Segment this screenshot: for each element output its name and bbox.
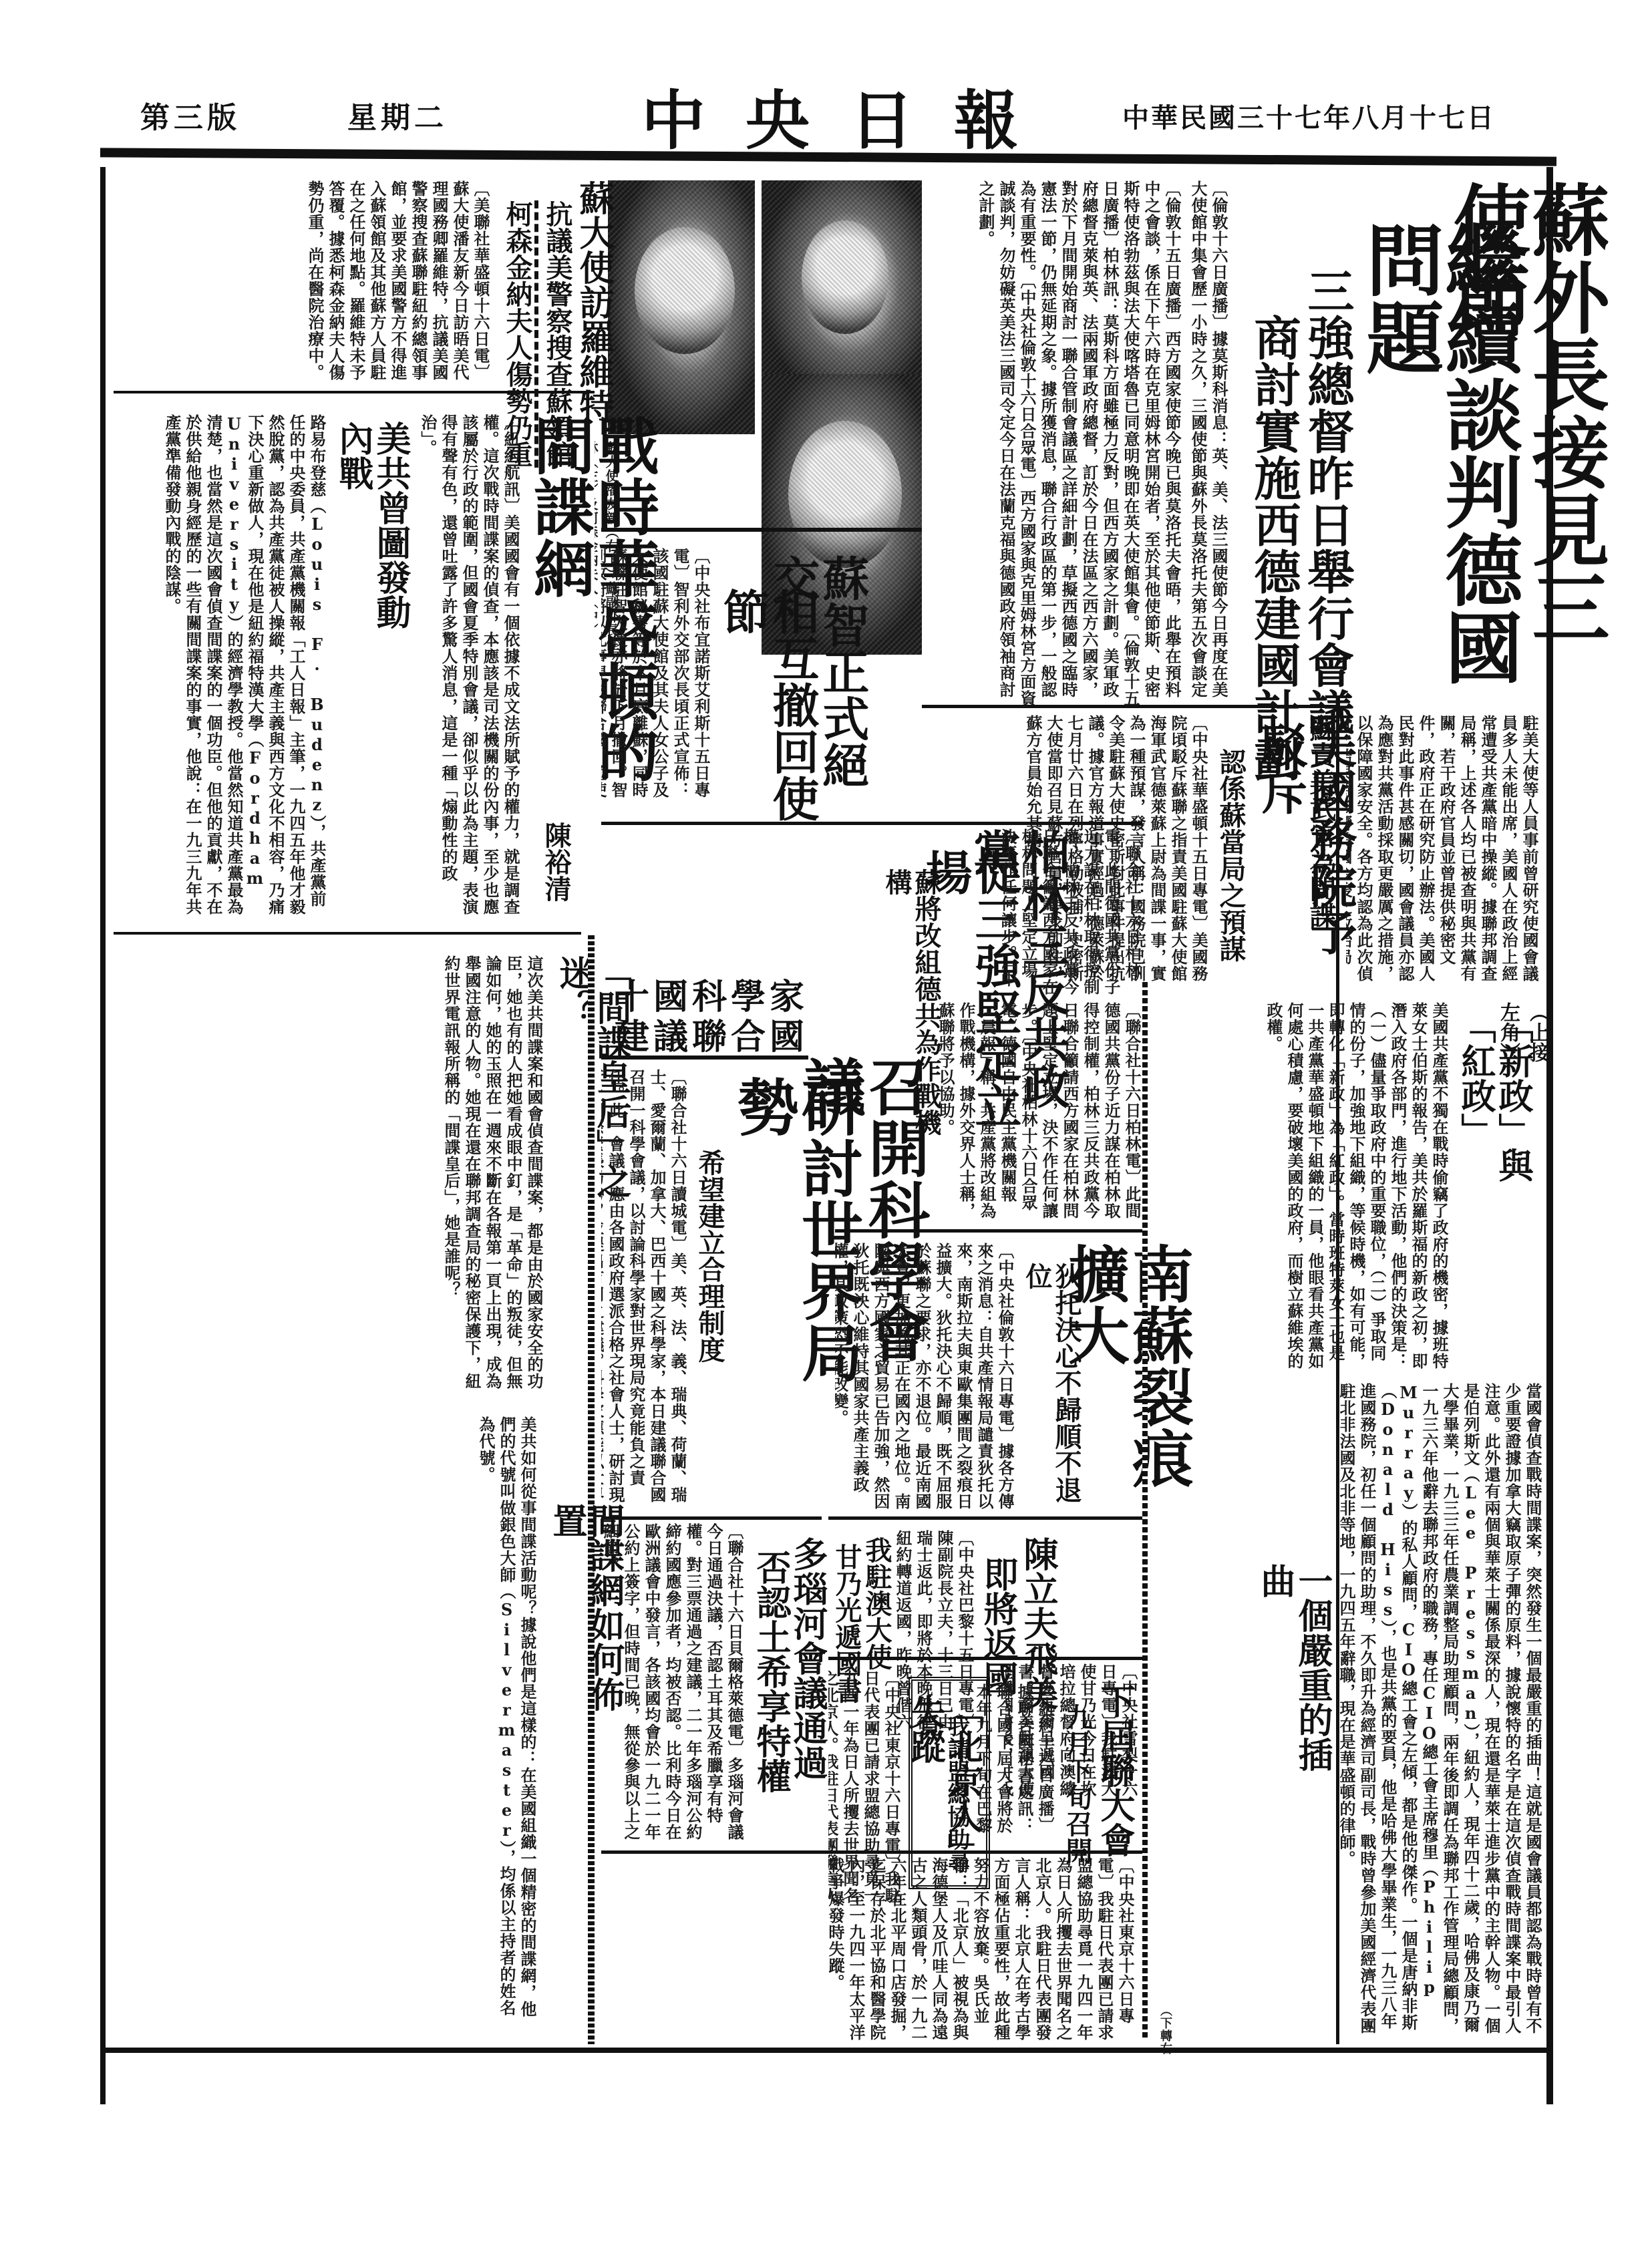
weekday: 星期二: [347, 94, 448, 136]
divider: [601, 1516, 822, 1520]
subhead-new-red: 「新政」與「紅政」: [1456, 1009, 1531, 1249]
network-setup-body: 美共如何從事間諜活動呢？據說他們是這樣的：在美國組織一個精密的間諜網，他們的代號…: [117, 1416, 538, 2031]
yugoslavia-body: 〔中央社倫敦十六日專電〕據各方傳來之消息：自共產情報局譴責狄托以來，南斯拉夫與東…: [835, 1243, 1015, 1510]
civil-war-body: 路易布登慈（Louis F. Budenz），共產黨前任的中央委員，共產黨機關報…: [117, 414, 327, 922]
portrait-face: [635, 227, 735, 354]
lead-subhead-1: 三強總督昨日舉行會議: [1303, 267, 1352, 735]
column-divider: [588, 935, 595, 2044]
photo-left: [608, 180, 755, 434]
divider: [601, 822, 1142, 825]
divider: [835, 1229, 1142, 1233]
page-label: 第三版: [140, 94, 240, 136]
divider: [828, 1516, 1142, 1520]
column-divider: [1142, 982, 1148, 2038]
photo-right-upper: [762, 180, 922, 408]
danube-headline-2: 否認土希享特權: [752, 1550, 789, 1830]
sino-soviet-headline-2: 相互撤回使節: [718, 588, 817, 842]
divider: [601, 528, 922, 532]
scientists-headline-1: 十國科學家: [608, 979, 808, 1016]
lead-headline-2: 繼續談判德國問題: [1359, 220, 1517, 742]
divider: [828, 1657, 1142, 1660]
yugoslavia-subhead: 狄托決心不歸順不退位: [1022, 1263, 1081, 1516]
portrait-face: [802, 220, 888, 334]
spy-network-author: 陳裕清: [541, 822, 570, 922]
subhead-civil-war: 美共曾圖發動內戰: [334, 421, 409, 661]
right-column-body: 駐美大使等人員事前曾研究使國會議員多人未能出席，美國人在政治上經常遭受共產黨暗中…: [1346, 715, 1540, 989]
soviet-ambassador-body: 〔美聯社華盛頓十六日電〕蘇大使潘友新今日訪晤美代理國務卿羅維特，抗議美國警察搜查…: [117, 180, 491, 381]
lead-body: 〔倫敦十五日廣播〕西方國家使節今晚已與莫洛托夫會晤，此舉在預料中之會談，係在下午…: [929, 180, 1182, 708]
un-assembly-headline: 下屆聯大會: [1096, 1683, 1133, 1884]
state-dept-subhead: 認係蘇當局之預謀: [1216, 748, 1245, 989]
divider: [922, 705, 1336, 708]
state-dept-headline-2: 美國務院予駁斥: [1256, 721, 1355, 989]
divider: [114, 932, 581, 935]
serious-incident-body: 當國會偵查戰時間諜案，突然發生一個最嚴重的插曲！這就是國會議員都認為戰時曾有不少…: [1149, 1383, 1543, 2038]
lead-subhead-2: 商討實施西德建國計劃: [1249, 314, 1299, 782]
scientists-subhead: 希望建立合理制度: [695, 1149, 724, 1403]
issue-date: 中華民國三十七年八月十七日: [1122, 97, 1496, 135]
peking-man-body-continued: 〔中央社東京十六日專電〕我駐日代表團已請求盟總協助尋覓一九四一年為日人所攫去世界…: [601, 1857, 1136, 2044]
danube-body: 〔聯合社十六日貝爾格萊德電〕多瑙河會議今日通過決議，否認土耳其及希臘享有特權。對…: [601, 1523, 745, 1844]
continuation-note: （下轉右角）: [1156, 2004, 1176, 2071]
frame-left: [100, 167, 106, 2104]
scientists-headline-2: 建議聯合國: [608, 1019, 808, 1056]
un-assembly-subhead: 九月下旬召開: [1062, 1704, 1092, 1904]
danube-headline-1: 多瑙河會議通過: [788, 1536, 826, 1817]
divider: [114, 391, 595, 393]
paper-name: 中央日報: [641, 70, 1058, 162]
sino-soviet-body: 〔中央社布宜諾斯艾利斯十五日專電〕智利外交部次長頃正式宣佈：該國駐蘇大使館及其夫…: [601, 548, 711, 808]
divider: [601, 1056, 808, 1060]
lead-dateline: 〔倫敦十六日廣播〕據莫斯科消息：英、美、法三國使節今日再度在美大使館中集會歷一小…: [1189, 180, 1229, 708]
un-assembly-body: 〔紐約十六日廣播〕據聯合國秘書處訊：聯合國下屆大會將於本年九月下旬在巴黎召開，秘…: [975, 1683, 1055, 1844]
scientists-body: 〔聯合社十六日讀城電〕美、英、法、義、瑞典、荷蘭、瑞士、愛爾蘭、加拿大、巴西十國…: [601, 1069, 688, 1510]
berlin-aside: 〔聯合社十六日柏林電〕此間德國共黨份子近力謀在柏林取得控制權，柏林三反共政黨今日…: [1002, 828, 1142, 995]
portrait-face: [788, 421, 902, 568]
spy-queen-body: 這次美共間諜案和國會偵查間諜案，都是由於國家安全的功臣，她也有的人把她看成眼中釘…: [117, 955, 544, 1390]
bottom-rule: [100, 2048, 1553, 2053]
